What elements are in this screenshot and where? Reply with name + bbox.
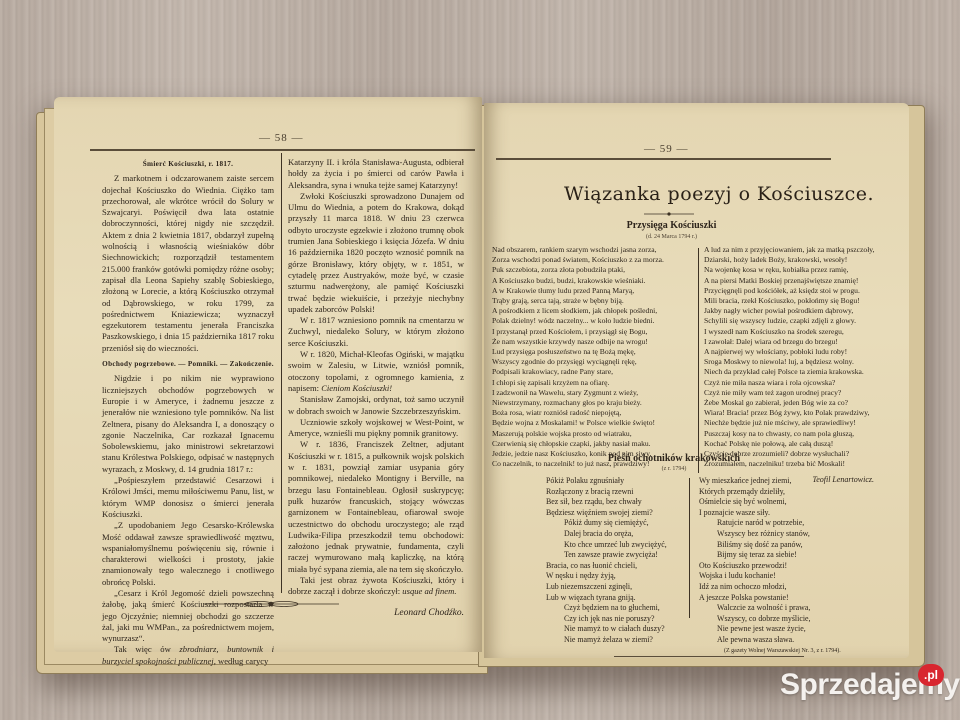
right-page: — 59 — Wiązanka poezyj o Kościuszce. Prz…: [484, 103, 909, 658]
poem-line: Niechże będzie już nie mściwy, ale spraw…: [704, 418, 899, 428]
poem-line: A pośrodkiem z licem słodkiem, jak chłop…: [492, 306, 692, 316]
poem-line: Biliśmy się dość za panów,: [699, 540, 811, 551]
poem-line: Ośmielcie się być wolnemi,: [699, 497, 811, 508]
poem-line: Żebe Moskal go zabierał, jeden Bóg wie z…: [704, 398, 899, 408]
poem-line: A lud za nim z przyjęciowaniem, jak za m…: [704, 245, 899, 255]
poem-line: Boża rosa, wiatr rozniósł radość niepoję…: [492, 408, 692, 418]
poem-line: Niech da przykład całej Polsce ta ziemia…: [704, 367, 899, 377]
left-column-2: Katarzyny II. i króla Stanisława-Augusta…: [288, 157, 464, 619]
poem-line: Czy ich jęk nas nie poruszy?: [546, 614, 667, 625]
poem-line: Puk szczebiota, zorza złota pobudziła pt…: [492, 265, 692, 275]
poem-line: Lub w więzach tyrana gniją.: [546, 593, 667, 604]
poem-oath-column-1: Nad obszarem, rankiem szarym wschodzi ja…: [492, 245, 692, 469]
paragraph: „Pośpieszyłem przedstawić Cesarzowi i Kr…: [102, 475, 274, 520]
poem-line: Sroga Moskwy to niewola! luj, a będziesz…: [704, 357, 899, 367]
poem-line: Będzie wojna z Moskalami! w Polsce wielk…: [492, 418, 692, 428]
poem-line: Dalej bracia do oręża,: [546, 529, 667, 540]
poem-line: Czyż będziem na to głuchemi,: [546, 603, 667, 614]
title-ornament-icon: [644, 211, 694, 217]
poem-line: Przycięgnęli pod kościółek, aż księdz st…: [704, 286, 899, 296]
poem-line: I chłopi się zapisali krzyżem na ofiarę.: [492, 378, 692, 388]
paragraph: Zwłoki Kościuszki sprowadzono Dunajem od…: [288, 191, 464, 315]
poem-line: Zorza wschodzi ponad światem, Kościuszko…: [492, 255, 692, 265]
poem-line: Mili bracia, rzekł Kościuszko, pokłońmy …: [704, 296, 899, 306]
poem-line: Polak dzielny! wódz naczelny... w koło l…: [492, 316, 692, 326]
poem-line: Na wojenkę kosa w ręku, kobiałka przez r…: [704, 265, 899, 275]
poem-line: Wszyscy bez różnicy stanów,: [699, 529, 811, 540]
poem-line: A na piersi Matki Boskiej przenajświętsz…: [704, 276, 899, 286]
paragraph: Taki jest obraz żywota Kościuszki, który…: [288, 575, 464, 598]
poem-line: Bijmy się teraz za siebie!: [699, 550, 811, 561]
paragraph: W r. 1817 wzniesiono pomnik na cmentarzu…: [288, 315, 464, 349]
paragraph: Tak więc ów zbrodniarz, buntownik i burz…: [102, 644, 274, 667]
poem-line: Jakby nagły wicher powiał pośrodkiem dąb…: [704, 306, 899, 316]
poem-line: I zawołał: Dalej wiara od brzegu do brze…: [704, 337, 899, 347]
paragraph: „Z upodobaniem Jego Cesarsko-Królewska M…: [102, 520, 274, 588]
paragraph: W r. 1820, Michał-Kleofas Ogiński, w maj…: [288, 349, 464, 394]
header-rule: [496, 158, 831, 160]
left-page: — 58 — Śmierć Kościuszki, r. 1817. Z mar…: [54, 97, 482, 652]
poem-line: Czyż nie miły wam też zagon urodnej prac…: [704, 388, 899, 398]
poem-line: Że nam wszystkie krzywdy nasze odbije na…: [492, 337, 692, 347]
column-divider: [689, 478, 690, 618]
poem-line: Bracia, co nas łuonić chcieli,: [546, 561, 667, 572]
watermark-badge: .pl: [918, 664, 944, 686]
poem-line: Wszyscy, co dobrze myślicie,: [699, 614, 811, 625]
poem-line: Niewstrzymany, rozmachany głos po kraju …: [492, 398, 692, 408]
poem-line: Wiara! Bracia! przez Bóg żywy, kto Polak…: [704, 408, 899, 418]
column-divider: [281, 153, 282, 593]
section-heading-death: Śmierć Kościuszki, r. 1817.: [102, 159, 274, 170]
poem-line: Będziesz więźniem swojej ziemi?: [546, 508, 667, 519]
author-signature: Leonard Chodźko.: [288, 608, 464, 619]
poem-line: W nęsku i nędzy żyją,: [546, 571, 667, 582]
paragraph: Katarzyny II. i króla Stanisława-Augusta…: [288, 157, 464, 191]
poem-line: A jeszcze Polska powstanie!: [699, 593, 811, 604]
poem-line: A najpierwej wy włościany, pobłoki ludu …: [704, 347, 899, 357]
poem-line: Ratujcie naród w potrzebie,: [699, 518, 811, 529]
left-column-1: Śmierć Kościuszki, r. 1817. Z markotnem …: [102, 157, 274, 667]
poem-line: Wy mieszkańce jednej ziemi,: [699, 476, 811, 487]
paragraph: W r. 1836, Franciszek Zeltner, adjutant …: [288, 439, 464, 575]
poem-line: Podpisali krakowiacy, radne Pany stare,: [492, 367, 692, 377]
poem-line: Wszyscy zgodnie do przysięgi wyciągnęli …: [492, 357, 692, 367]
poem-line: Trąby grają, serca tają, straże w bębny …: [492, 296, 692, 306]
poem-line: Maszerują polskie wojska prosto od wiatr…: [492, 429, 692, 439]
poem-line: Czerwienią się chłopskie czapki, jakby n…: [492, 439, 692, 449]
page-title: Wiązanka poezyj o Kościuszce.: [564, 183, 874, 205]
column-divider: [698, 248, 699, 473]
paragraph: Uczniowie szkoły wojskowej w West-Point,…: [288, 417, 464, 440]
page-number-left: — 58 —: [259, 132, 304, 144]
poem-line: Kto chce umrzeć lub zwyciężyć,: [546, 540, 667, 551]
poem-line: Schylili się wszyscy ludzie, czapki zdję…: [704, 316, 899, 326]
poem-line: Czyż nie miła nasza wiara i rola ojcowsk…: [704, 378, 899, 388]
paragraph: Stanisław Zamojski, ordynat, toż samo uc…: [288, 394, 464, 417]
poem-line: A w Krakowie tłumy ludu przed Panną Mary…: [492, 286, 692, 296]
poem-line: Bez sił, bez rządu, bez chwały: [546, 497, 667, 508]
poem-line: I zadzwonił na Wawelu, stary Zygmunt z w…: [492, 388, 692, 398]
ornament-divider-icon: [204, 600, 339, 608]
poem-volunteers-column-2: Wy mieszkańce jednej ziemi,Których przem…: [699, 476, 811, 646]
poem-line: Nie mamyż to w ciałach duszy?: [546, 624, 667, 635]
poem-line: Lub niezemszczeni zginęli,: [546, 582, 667, 593]
poem-line: I wyszedł nam Kościuszko na środek szere…: [704, 327, 899, 337]
poem-line: Pókiż Polaku zgnuśniały: [546, 476, 667, 487]
page-number-right: — 59 —: [644, 143, 689, 155]
poem-date: (z r. 1794): [534, 466, 814, 472]
paragraph: Z markotnem i odczarowanem zaiste sercem…: [102, 173, 274, 354]
poem-line: Dziarski, hoży ladek Boży, krakowski, we…: [704, 255, 899, 265]
section-heading-funerals: Obchody pogrzebowe. — Pomniki. — Zakończ…: [102, 359, 274, 370]
poem-line: Walczcie za wolność i prawa,: [699, 603, 811, 614]
poem-line: Lud przysięga posłuszeństwo na tę Bożą m…: [492, 347, 692, 357]
poem-line: Ale pewna wasza sława.: [699, 635, 811, 646]
poem-title-volunteers: Pieśń ochotników krakowskich: [534, 453, 814, 464]
poem-line: A Kościuszko budzi, budzi, krakowskie wi…: [492, 276, 692, 286]
poem-volunteers-column-1: Pókiż Polaku zgnuśniałyRozłączony z brac…: [546, 476, 667, 646]
poem-line: Puszczaj kosy na to chwasty, co nam pola…: [704, 429, 899, 439]
poem-line: Pókiż dumy się ciemiężyć,: [546, 518, 667, 529]
poem-line: Kochać Polskę nie połową, ale całą duszą…: [704, 439, 899, 449]
poem-line: I poznajcie wasze siły.: [699, 508, 811, 519]
poem-line: Idź za nim ochoczo młodzi,: [699, 582, 811, 593]
poem-line: Rozłączony z bracią rzewni: [546, 487, 667, 498]
poem-line: Nad obszarem, rankiem szarym wschodzi ja…: [492, 245, 692, 255]
bottom-rule: [614, 656, 804, 657]
poem-line: I przystanął przed Kościołem, i przysiąg…: [492, 327, 692, 337]
poem-line: Wojska i ludu kochanie!: [699, 571, 811, 582]
paragraph: „Cesarz i Król Jegomość dzieli powszechn…: [102, 588, 274, 644]
poem-title-oath: Przysięga Kościuszki: [574, 220, 769, 231]
poem-line: Nie mamyż żelaza w ziemi?: [546, 635, 667, 646]
header-rule: [90, 149, 475, 151]
poem-line: Oto Kościuszko przewodzi!: [699, 561, 811, 572]
paragraph: Nigdzie i po nikim nie wyprawiono liczni…: [102, 373, 274, 475]
poem-line: Nie pewne jest wasze życie,: [699, 624, 811, 635]
poem-oath-column-2: A lud za nim z przyjęciowaniem, jak za m…: [704, 245, 899, 469]
poem-line: Których przemądy dzieliły,: [699, 487, 811, 498]
poem-date: (d. 24 Marca 1794 r.): [574, 234, 769, 240]
poem-source: (Z gazety Wolnej Warszawskiej Nr. 3, z r…: [724, 648, 841, 654]
poem-line: Ten zawsze prawie zwycięża!: [546, 550, 667, 561]
